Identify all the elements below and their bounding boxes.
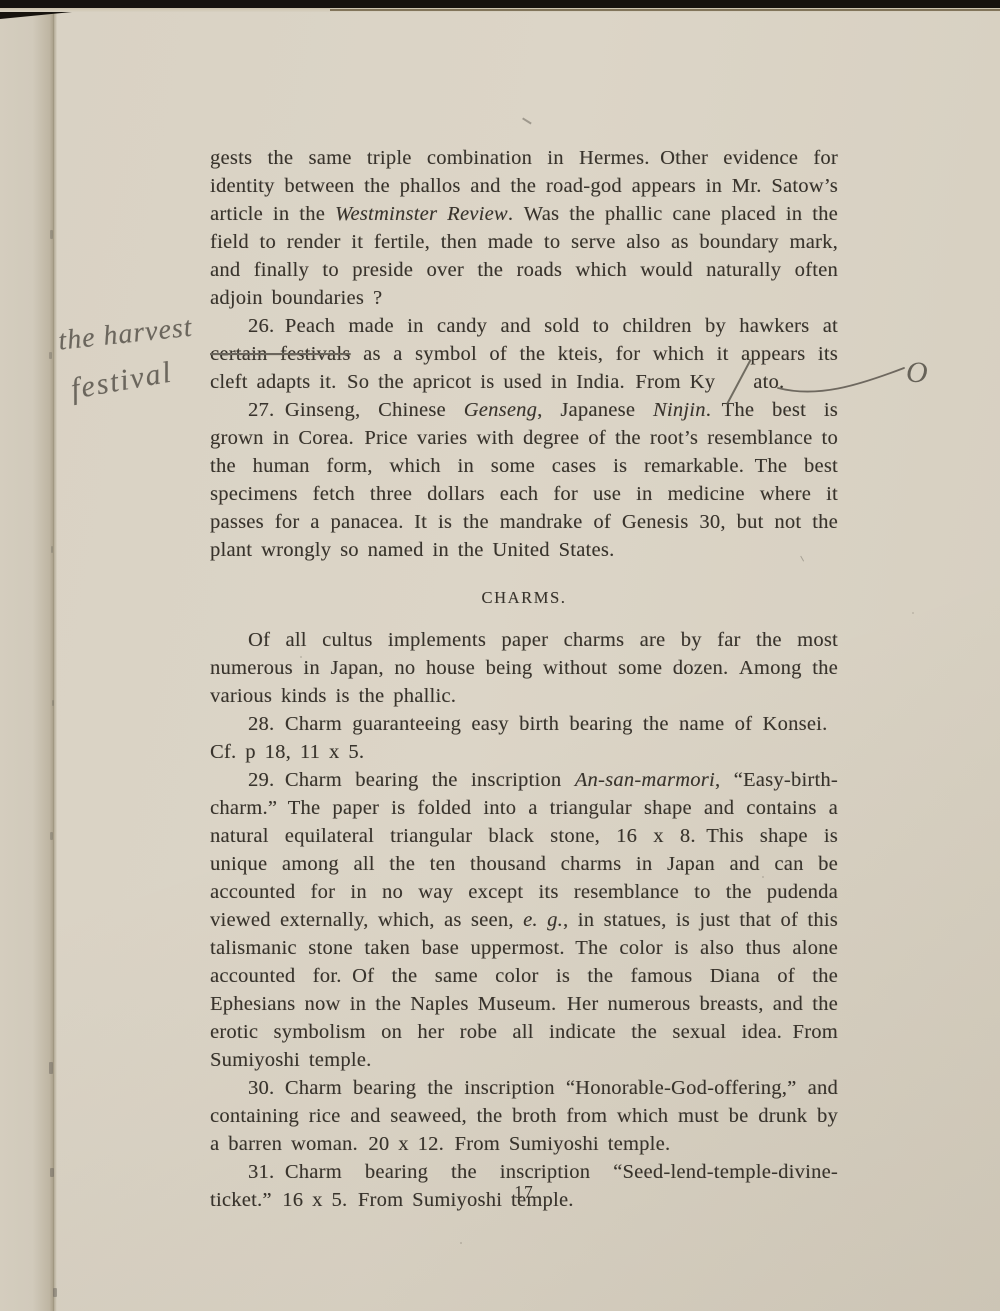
correction-letter: O [906,356,928,389]
paper-fleck [50,832,53,840]
text-segment-italic: Westminster Review [335,203,508,225]
paragraph: 29. Charm bearing the inscription An-san… [210,766,838,1074]
text-segment: , Japanese [537,399,653,421]
text-segment-italic: An-san-marmori [575,769,715,791]
book-cover-edge [0,0,1000,8]
adjacent-page-edge [0,0,54,1311]
handwritten-margin-note: the harvest festival [58,318,243,390]
paper-fleck [50,230,53,239]
text-segment-italic: Ninjin [653,399,706,421]
paragraph: gests the same triple combination in Her… [210,144,838,312]
text-segment-italic: e. g. [523,909,563,931]
text-segment: , “Easy-birth-charm.” The paper is folde… [210,769,838,931]
paper-fleck [51,546,53,553]
text-segment: Of all cultus implements paper charms ar… [210,629,838,707]
text-segment: 28. Charm guaranteeing easy birth bearin… [210,713,838,763]
text-segment: . The best is grown in Corea. Price vari… [210,399,838,561]
text-segment: 26. Peach made in candy and sold to chil… [248,315,838,337]
paper-fleck [52,700,54,706]
page-edge-line [330,9,1000,11]
text-segment: 27. Ginseng, Chinese [248,399,464,421]
paragraph: 26. Peach made in candy and sold to chil… [210,312,838,396]
section-heading: CHARMS. [210,584,838,612]
paper-fleck [50,1168,54,1177]
paper-fleck [49,352,52,359]
text-segment: 30. Charm bearing the inscription “Honor… [210,1077,838,1155]
paragraph: 30. Charm bearing the inscription “Honor… [210,1074,838,1158]
paper-fleck [49,1062,53,1074]
printed-text-block: gests the same triple combination in Her… [210,144,838,1214]
text-segment: , in statues, is just that of this talis… [210,909,838,1071]
correction-curve-line [778,368,904,392]
paragraph: Of all cultus implements paper charms ar… [210,626,838,710]
text-segment-slash: a [715,368,762,396]
paper-fleck [300,656,302,658]
scanned-book-page-photo: gests the same triple combination in Her… [0,0,1000,1311]
paper-fleck [762,876,764,878]
paper-fleck [912,612,914,614]
text-segment-italic: Genseng [464,399,537,421]
page-number: 17 [210,1182,838,1203]
paper-fleck [460,1242,462,1244]
paper-fleck [53,1288,57,1297]
text-segment: 29. Charm bearing the inscription [248,769,575,791]
handwritten-correction-mark: O [772,346,962,406]
paragraph: 27. Ginseng, Chinese Genseng, Japanese N… [210,396,838,564]
paragraph: 28. Charm guaranteeing easy birth bearin… [210,710,838,766]
